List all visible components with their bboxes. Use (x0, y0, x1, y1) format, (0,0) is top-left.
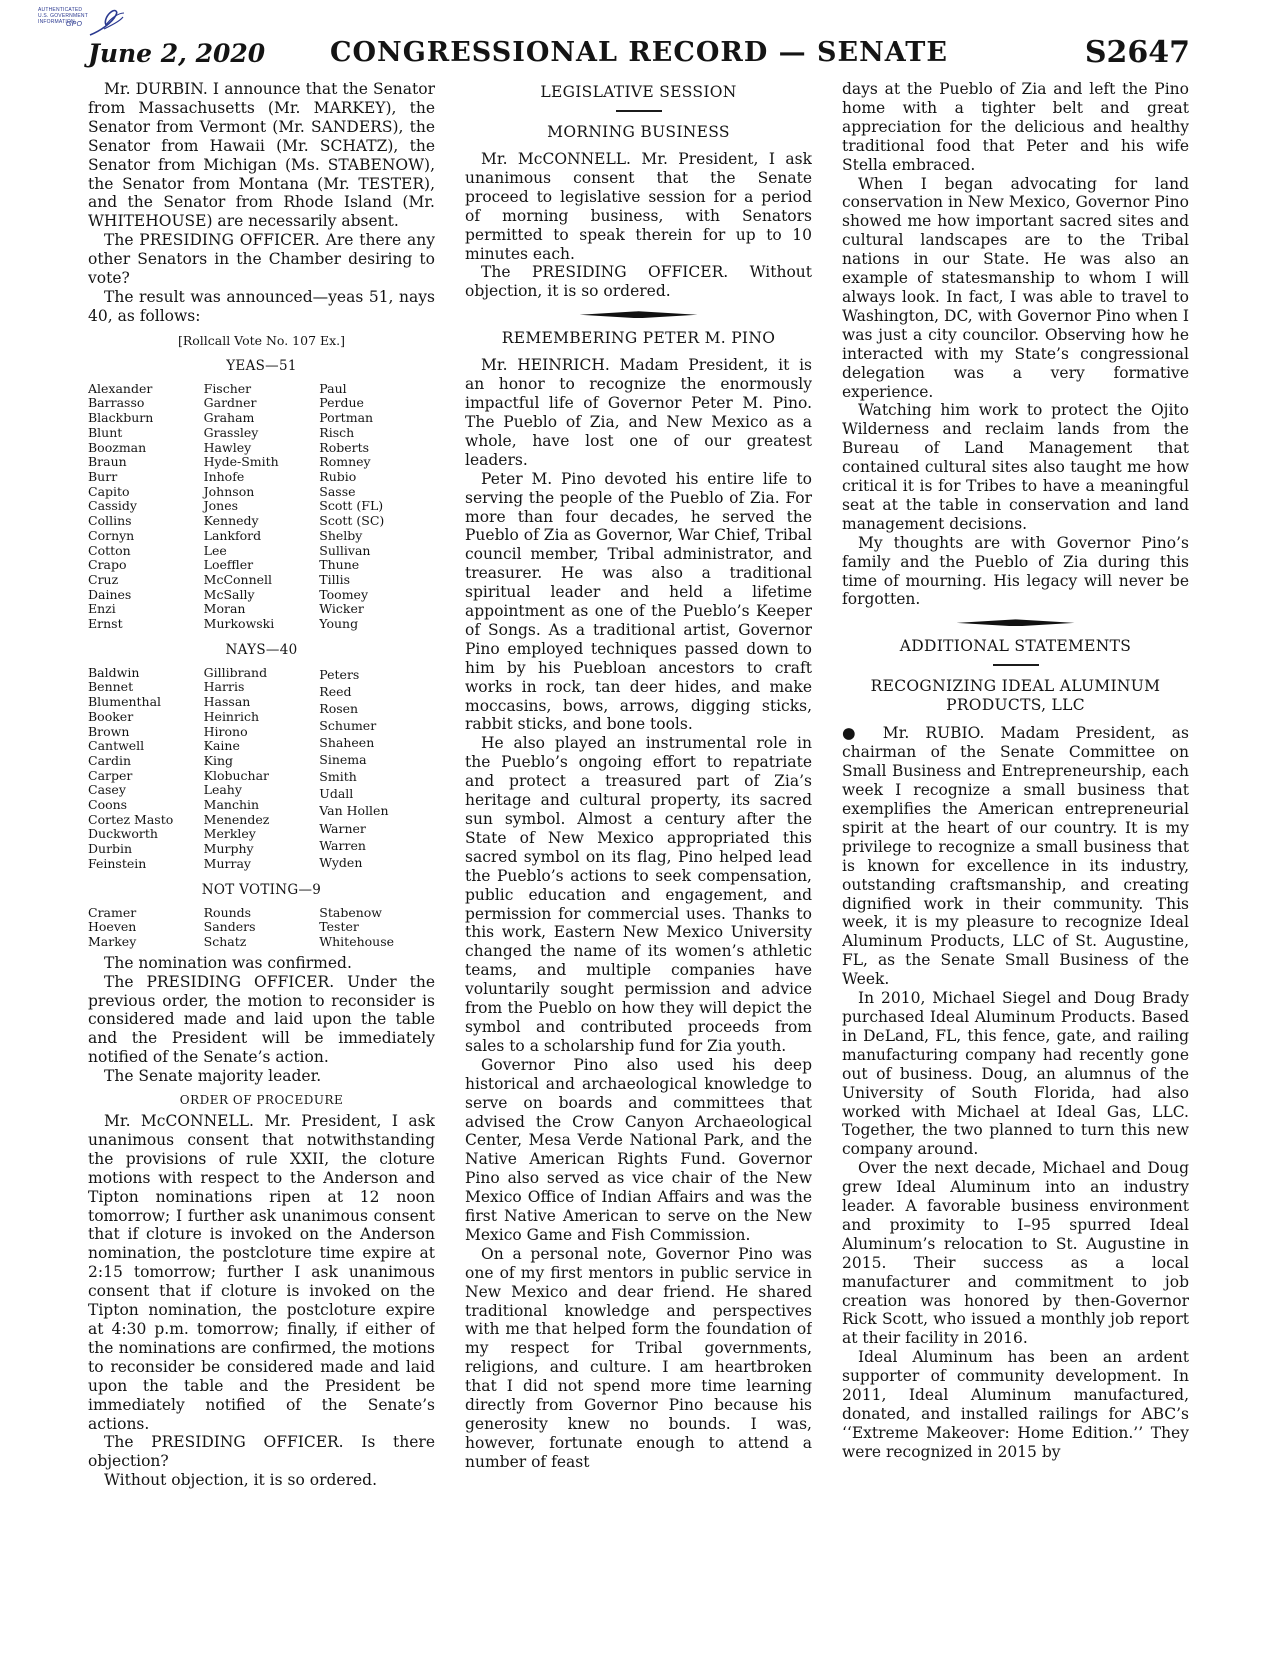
yeas-name-table: Alexander Barrasso Blackburn Blunt Boozm… (88, 382, 435, 632)
paragraph-heinrich-3: He also played an instrumental role in t… (465, 734, 812, 1055)
page-number: S2647 (1085, 35, 1190, 70)
order-of-procedure-heading: ORDER OF PROCEDURE (88, 1093, 435, 1107)
not-voting-column-3: Stabenow Tester Whitehouse (319, 906, 435, 950)
paragraph-heinrich-2: Peter M. Pino devoted his entire life to… (465, 470, 812, 735)
publication-title: CONGRESSIONAL RECORD — SENATE (88, 37, 1190, 68)
paragraph-nomination-confirmed: The nomination was confirmed. (88, 954, 435, 973)
not-voting-name-table: Cramer Hoeven Markey Rounds Sanders Scha… (88, 906, 435, 950)
paragraph-heinrich-6: When I began advocating for land conserv… (842, 175, 1189, 402)
paragraph-durbin-announcement: Mr. DURBIN. I announce that the Senator … (88, 80, 435, 231)
masthead: June 2, 2020 CONGRESSIONAL RECORD — SENA… (88, 28, 1190, 70)
paragraph-without-objection: Without objection, it is so ordered. (88, 1471, 435, 1490)
paragraph-heinrich-7: Watching him work to protect the Ojito W… (842, 401, 1189, 533)
paragraph-presiding-so-ordered: The PRESIDING OFFICER. Without objection… (465, 263, 812, 301)
three-column-body: Mr. DURBIN. I announce that the Senator … (88, 80, 1190, 1544)
additional-statements-heading: ADDITIONAL STATEMENTS (842, 637, 1189, 655)
paragraph-mcconnell-cloture: Mr. McCONNELL. Mr. President, I ask unan… (88, 1112, 435, 1433)
paragraph-mcconnell-morning-business: Mr. McCONNELL. Mr. President, I ask unan… (465, 150, 812, 263)
remembering-pino-heading: REMEMBERING PETER M. PINO (465, 329, 812, 347)
heading-rule (616, 110, 662, 112)
yeas-heading: YEAS—51 (88, 358, 435, 374)
paragraph-is-there-objection: The PRESIDING OFFICER. Is there objectio… (88, 1433, 435, 1471)
not-voting-column-2: Rounds Sanders Schatz (204, 906, 320, 950)
nays-column-3: Peters Reed Rosen Schumer Shaheen Sinema… (319, 666, 435, 872)
congressional-record-page: AUTHENTICATED U.S. GOVERNMENT INFORMATIO… (0, 0, 1280, 1656)
paragraph-heinrich-continued: days at the Pueblo of Zia and left the P… (842, 80, 1189, 175)
paragraph-majority-leader: The Senate majority leader. (88, 1067, 435, 1086)
nays-column-2: Gillibrand Harris Hassan Heinrich Hirono… (204, 666, 320, 872)
legislative-session-heading: LEGISLATIVE SESSION (465, 83, 812, 101)
column-2: LEGISLATIVE SESSION MORNING BUSINESS Mr.… (465, 80, 812, 1544)
paragraph-heinrich-8: My thoughts are with Governor Pino’s fam… (842, 534, 1189, 610)
paragraph-presiding-officer-vote: The PRESIDING OFFICER. Are there any oth… (88, 231, 435, 288)
column-1: Mr. DURBIN. I announce that the Senator … (88, 80, 435, 1544)
heading-rule (993, 664, 1039, 666)
section-separator-diamond (580, 311, 698, 318)
morning-business-heading: MORNING BUSINESS (465, 123, 812, 141)
paragraph-rubio-4: Ideal Aluminum has been an ardent suppor… (842, 1348, 1189, 1461)
paragraph-heinrich-5: On a personal note, Governor Pino was on… (465, 1245, 812, 1472)
not-voting-column-1: Cramer Hoeven Markey (88, 906, 204, 950)
nays-column-1: Baldwin Bennet Blumenthal Booker Brown C… (88, 666, 204, 872)
not-voting-heading: NOT VOTING—9 (88, 882, 435, 898)
paragraph-heinrich-4: Governor Pino also used his deep histori… (465, 1056, 812, 1245)
rollcall-vote-caption: [Rollcall Vote No. 107 Ex.] (88, 333, 435, 348)
paragraph-presiding-officer-order: The PRESIDING OFFICER. Under the previou… (88, 973, 435, 1068)
paragraph-rubio-1: ● Mr. RUBIO. Madam President, as chairma… (842, 724, 1189, 989)
paragraph-vote-result: The result was announced—yeas 51, nays 4… (88, 288, 435, 326)
yeas-column-3: Paul Perdue Portman Risch Roberts Romney… (319, 382, 435, 632)
gpo-seal-text: AUTHENTICATED U.S. GOVERNMENT INFORMATIO… (38, 7, 88, 28)
recognizing-ideal-aluminum-heading: RECOGNIZING IDEAL ALUMINUM PRODUCTS, LLC (842, 677, 1189, 715)
yeas-column-1: Alexander Barrasso Blackburn Blunt Boozm… (88, 382, 204, 632)
nays-heading: NAYS—40 (88, 642, 435, 658)
yeas-column-2: Fischer Gardner Graham Grassley Hawley H… (204, 382, 320, 632)
section-separator-diamond (957, 619, 1075, 626)
paragraph-rubio-2: In 2010, Michael Siegel and Doug Brady p… (842, 989, 1189, 1159)
column-3: days at the Pueblo of Zia and left the P… (842, 80, 1189, 1544)
paragraph-heinrich-1: Mr. HEINRICH. Madam President, it is an … (465, 356, 812, 469)
paragraph-rubio-3: Over the next decade, Michael and Doug g… (842, 1159, 1189, 1348)
nays-name-table: Baldwin Bennet Blumenthal Booker Brown C… (88, 666, 435, 872)
